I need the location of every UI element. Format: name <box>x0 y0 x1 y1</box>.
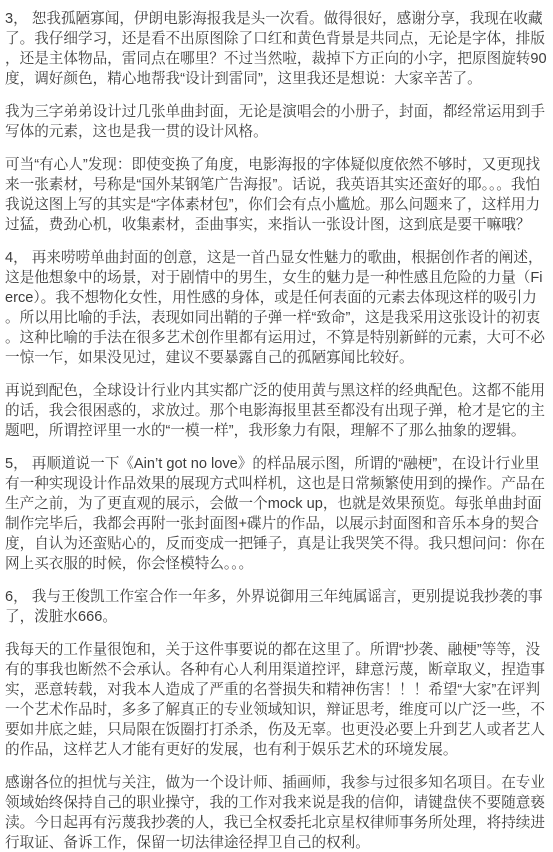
paragraph-point-6: 6， 我与王俊凯工作室合作一年多，外界说御用三年纯属谣言，更别提说我抄袭的事了，… <box>5 587 549 627</box>
paragraph-design-style: 我为三字弟弟设计过几张单曲封面，无论是演唱会的小册子，封面，都经常运用到手写体的… <box>5 102 549 142</box>
statement-document: 3， 恕我孤陋寡闻，伊朗电影海报我是头一次看。做得很好，感谢分享，我现在收藏了。… <box>0 0 553 852</box>
paragraph-summary: 我每天的工作量很饱和，关于这件事要说的都在这里了。所谓“抄袭、融梗”等等，没有的… <box>5 640 549 760</box>
paragraph-pen-ad-poster: 可当“有心人”发现：即使变换了角度，电影海报的字体疑似度依然不够时，又更现找来一… <box>5 155 549 235</box>
paragraph-point-4: 4， 再来唠唠单曲封面的创意，这是一首凸显女性魅力的歌曲，根据创作者的阐述，这是… <box>5 248 549 368</box>
paragraph-point-5: 5， 再顺道说一下《Ain’t got no love》的样品展示图，所谓的“融… <box>5 454 549 574</box>
paragraph-color-scheme: 再说到配色，全球设计行业内其实都广泛的使用黄与黑这样的经典配色。这都不能用的话，… <box>5 381 549 441</box>
paragraph-legal-notice: 感谢各位的担忧与关注，做为一个设计师、插画师，我参与过很多知名项目。在专业领域始… <box>5 773 549 852</box>
statement-page: { "page": { "background_color": "#ffffff… <box>0 0 553 852</box>
paragraph-point-3: 3， 恕我孤陋寡闻，伊朗电影海报我是头一次看。做得很好，感谢分享，我现在收藏了。… <box>5 9 549 89</box>
